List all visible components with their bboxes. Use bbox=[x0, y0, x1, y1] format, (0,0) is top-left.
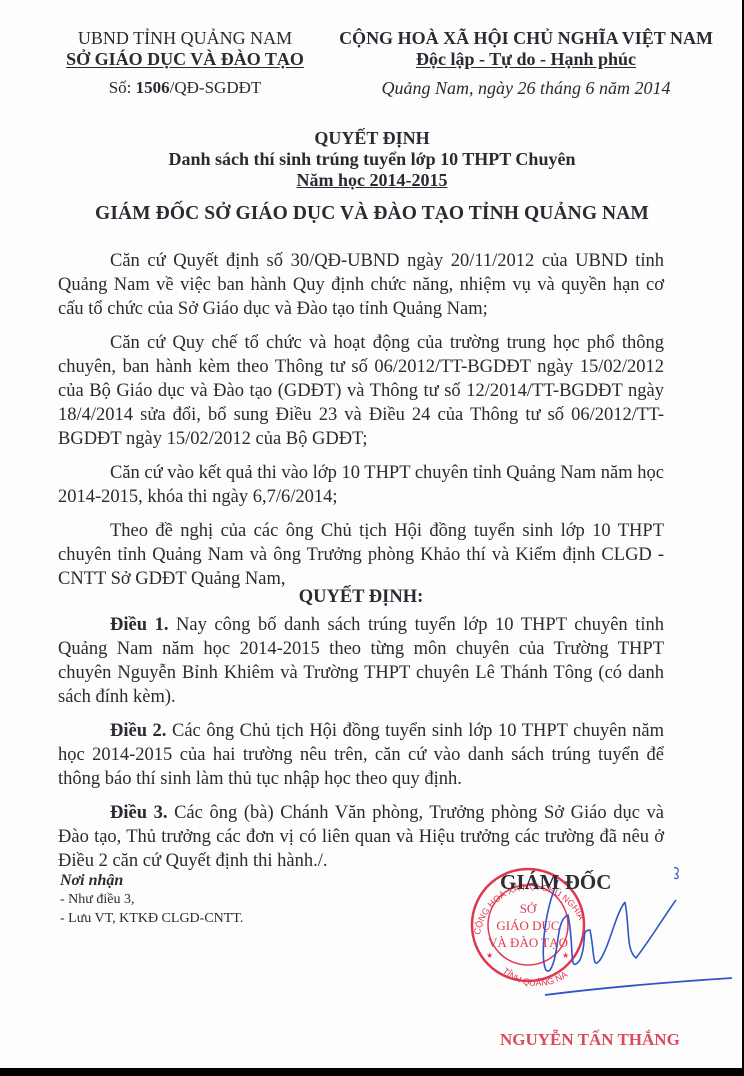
signer-name: NGUYỄN TẤN THẮNG bbox=[500, 1030, 680, 1050]
article-2: Điều 2. Các ông Chủ tịch Hội đồng tuyển … bbox=[58, 719, 664, 791]
recipients-label: Nơi nhận bbox=[60, 871, 243, 890]
issuer-org: SỞ GIÁO DỤC VÀ ĐÀO TẠO bbox=[40, 49, 330, 70]
authority: GIÁM ĐỐC SỞ GIÁO DỤC VÀ ĐÀO TẠO TỈNH QUẢ… bbox=[0, 203, 744, 225]
preamble-paragraph: Căn cứ vào kết quả thi vào lớp 10 THPT c… bbox=[58, 461, 664, 509]
school-year: Năm học 2014-2015 bbox=[0, 170, 744, 191]
doc-type: QUYẾT ĐỊNH bbox=[0, 128, 744, 149]
preamble-paragraph: Căn cứ Quyết định số 30/QĐ-UBND ngày 20/… bbox=[58, 249, 664, 321]
signature-title: GIÁM ĐỐC bbox=[500, 870, 611, 895]
preamble-paragraph: Theo đề nghị của các ông Chủ tịch Hội đồ… bbox=[58, 519, 664, 591]
document-number: Số: 1506/QĐ-SGDĐT bbox=[40, 78, 330, 98]
place-date: Quảng Nam, ngày 26 tháng 6 năm 2014 bbox=[318, 78, 734, 99]
doc-subject: Danh sách thí sinh trúng tuyển lớp 10 TH… bbox=[0, 149, 744, 170]
svg-text:★: ★ bbox=[486, 951, 493, 960]
preamble: Căn cứ Quyết định số 30/QĐ-UBND ngày 20/… bbox=[58, 249, 664, 601]
decision-heading: QUYẾT ĐỊNH: bbox=[58, 585, 664, 609]
preamble-paragraph: Căn cứ Quy chế tổ chức và hoạt động của … bbox=[58, 331, 664, 451]
svg-text:GIÁO DỤC: GIÁO DỤC bbox=[496, 918, 559, 933]
svg-text:SỞ: SỞ bbox=[520, 901, 537, 916]
article-1: Điều 1. Nay công bố danh sách trúng tuyể… bbox=[58, 613, 664, 709]
document-page: UBND TỈNH QUẢNG NAM SỞ GIÁO DỤC VÀ ĐÀO T… bbox=[0, 0, 744, 1068]
nation-name: CỘNG HOÀ XÃ HỘI CHỦ NGHĨA VIỆT NAM bbox=[318, 28, 734, 49]
issuer-parent-org: UBND TỈNH QUẢNG NAM bbox=[40, 28, 330, 49]
recipient-item: - Lưu VT, KTKĐ CLGD-CNTT. bbox=[60, 909, 243, 928]
issuer-header: UBND TỈNH QUẢNG NAM SỞ GIÁO DỤC VÀ ĐÀO T… bbox=[40, 28, 330, 98]
svg-text:★: ★ bbox=[562, 951, 569, 960]
scan-border bbox=[0, 1068, 744, 1076]
recipients: Nơi nhận - Như điều 3, - Lưu VT, KTKĐ CL… bbox=[60, 871, 243, 928]
signature-block: CỘNG HOÀ XÃ HỘI CHỦ NGHĨA VIỆT NAM TỈNH … bbox=[440, 860, 744, 1060]
recipient-item: - Như điều 3, bbox=[60, 890, 243, 909]
national-motto: Độc lập - Tự do - Hạnh phúc bbox=[318, 49, 734, 70]
decision-section: QUYẾT ĐỊNH: Điều 1. Nay công bố danh sác… bbox=[58, 585, 664, 883]
national-header: CỘNG HOÀ XÃ HỘI CHỦ NGHĨA VIỆT NAM Độc l… bbox=[318, 28, 734, 99]
document-title: QUYẾT ĐỊNH Danh sách thí sinh trúng tuyể… bbox=[0, 128, 744, 225]
